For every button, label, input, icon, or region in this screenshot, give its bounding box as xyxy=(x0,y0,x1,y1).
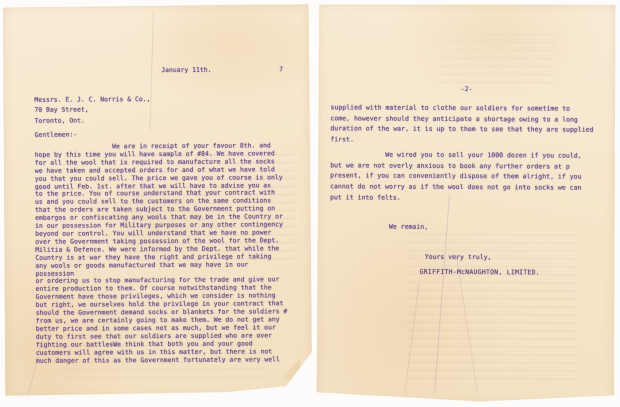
salutation: Gentlemen:- xyxy=(35,131,78,139)
letter-page-1: January 11th. 7 Messrs. E. J. C. Norris … xyxy=(3,4,312,399)
page2-number: -2- xyxy=(318,83,616,95)
letter-body-paragraph-3: supplied with material to clothe our sol… xyxy=(330,102,608,146)
letter-date: January 11th. xyxy=(161,67,211,75)
paper-crease xyxy=(404,284,419,393)
signoff-line: Yours very truly, xyxy=(425,252,492,263)
closing-line: We remain, xyxy=(389,222,428,233)
letter-body-paragraph-1: We are in receipt of your favour 8th. an… xyxy=(35,142,288,349)
paper-crease xyxy=(434,194,450,394)
letter-body-paragraph-4: We wired you to sell your 1000 dozen if … xyxy=(330,149,608,204)
bleed-through-texture xyxy=(438,34,558,85)
recipient-address: Messrs. E. J. C. Norris & Co., 70 Bay St… xyxy=(34,95,150,127)
company-signature: GRIFFITH-McNAUGHTON, LIMITED. xyxy=(420,267,540,278)
letter-page-2: -2- supplied with material to clothe our… xyxy=(316,3,616,404)
scanned-letter-background: January 11th. 7 Messrs. E. J. C. Norris … xyxy=(0,0,620,407)
letter-body-paragraph-2: We think that both you and your good cus… xyxy=(36,340,288,365)
page1-marker: 7 xyxy=(279,66,283,74)
